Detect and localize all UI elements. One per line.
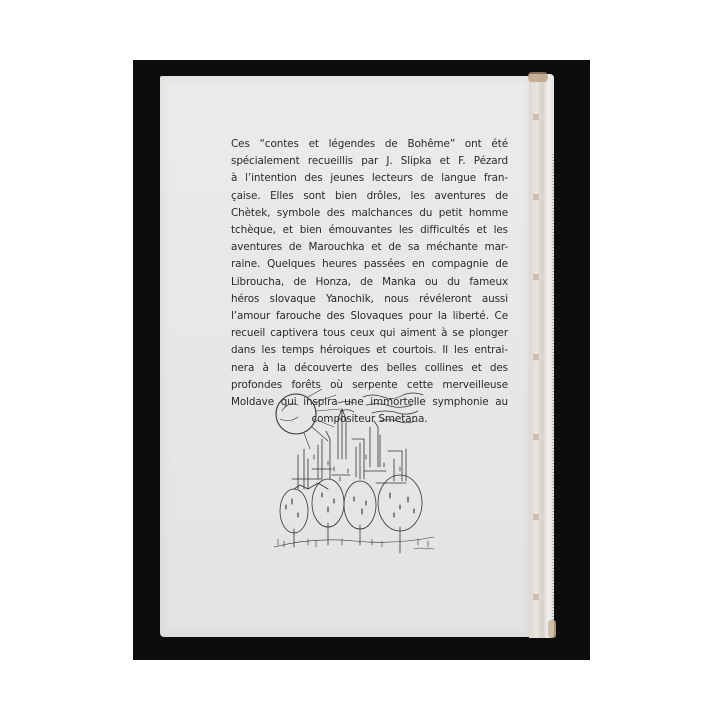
book-spine [529, 74, 554, 638]
blurb-line: héros slovaque Yanochik, nous révéleront… [231, 291, 508, 308]
ground-sketch [274, 537, 434, 549]
castle-sketch-illustration [268, 389, 443, 569]
cover-blurb: Ces “contes et légendes de Bohême” ont é… [231, 136, 508, 428]
blurb-line: Ces “contes et légendes de Bohême” ont é… [231, 136, 508, 153]
spine-wear-bottom [548, 620, 556, 638]
blurb-line: tchèque, et bien émouvantes les difficul… [231, 222, 508, 239]
blurb-line: raine. Quelques heures passées en compag… [231, 256, 508, 273]
blurb-line: Libroucha, de Honza, de Manka ou du fame… [231, 274, 508, 291]
clouds-sketch [338, 393, 423, 423]
castle-sketch [292, 409, 406, 489]
blurb-line: nera à la découverte des belles collines… [231, 360, 508, 377]
blurb-line: aventures de Marouchka et de sa méchante… [231, 239, 508, 256]
blurb-line: à l’intention des jeunes lecteurs de lan… [231, 170, 508, 187]
blurb-line: dans les temps héroiques et courtois. Il… [231, 342, 508, 359]
blurb-line: recueil captivera tous ceux qui aiment à… [231, 325, 508, 342]
blurb-line: spécialement recueillis par J. Slipka et… [231, 153, 508, 170]
blurb-line: çaise. Elles sont bien drôles, les avent… [231, 188, 508, 205]
blurb-line: l’amour farouche des Slovaques pour la l… [231, 308, 508, 325]
blurb-line: Chètek, symbole des malchances du petit … [231, 205, 508, 222]
spine-wear-top [528, 72, 548, 82]
